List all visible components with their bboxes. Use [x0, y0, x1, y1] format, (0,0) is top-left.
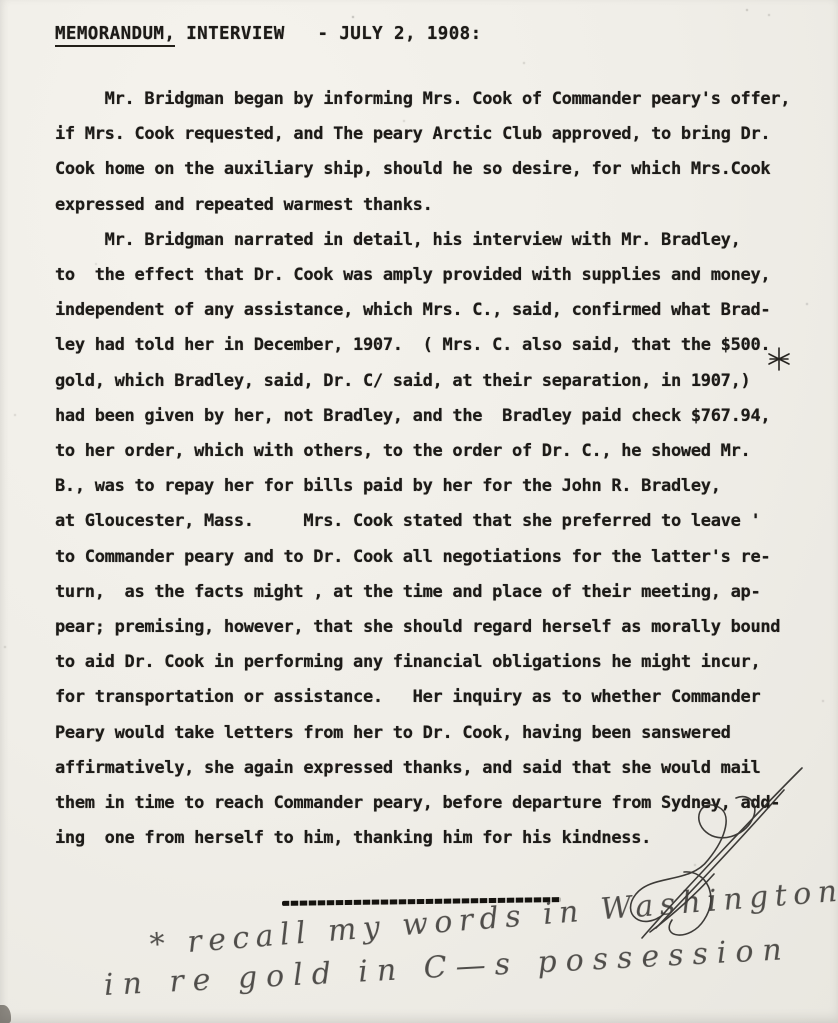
typed-line: expressed and repeated warmest thanks.: [55, 188, 828, 223]
typed-line: had been given by her, not Bradley, and …: [55, 399, 828, 434]
typed-line: Mr. Bridgman began by informing Mrs. Coo…: [55, 82, 828, 117]
typed-line: at Gloucester, Mass. Mrs. Cook stated th…: [55, 504, 828, 539]
memo-title-underlined: MEMORANDUM,: [55, 24, 175, 47]
typed-line: B., was to repay her for bills paid by h…: [55, 469, 828, 504]
typed-line: gold, which Bradley, said, Dr. C/ said, …: [55, 364, 828, 399]
memo-title-date: INTERVIEW - JULY 2, 1908:: [175, 24, 481, 44]
memo-title: MEMORANDUM, INTERVIEW - JULY 2, 1908:: [55, 24, 482, 44]
typed-line: for transportation or assistance. Her in…: [55, 680, 828, 715]
typed-body: Mr. Bridgman began by informing Mrs. Coo…: [55, 82, 828, 856]
typed-line: to Commander peary and to Dr. Cook all n…: [55, 540, 828, 575]
scanned-memo-page: MEMORANDUM, INTERVIEW - JULY 2, 1908: Mr…: [0, 0, 838, 1023]
typed-line: ley had told her in December, 1907. ( Mr…: [55, 328, 828, 363]
typed-line: Cook home on the auxiliary ship, should …: [55, 152, 828, 187]
typed-line: to aid Dr. Cook in performing any financ…: [55, 645, 828, 680]
typed-line: to the effect that Dr. Cook was amply pr…: [55, 258, 828, 293]
scan-noise-specks: [0, 0, 2, 2]
typed-line: Mr. Bridgman narrated in detail, his int…: [55, 223, 828, 258]
typed-line: to her order, which with others, to the …: [55, 434, 828, 469]
typed-line: turn, as the facts might , at the time a…: [55, 575, 828, 610]
typed-line: independent of any assistance, which Mrs…: [55, 293, 828, 328]
typed-line: Peary would take letters from her to Dr.…: [55, 716, 828, 751]
scan-edge-mark: [0, 1005, 11, 1023]
typed-line: pear; premising, however, that she shoul…: [55, 610, 828, 645]
typed-line: if Mrs. Cook requested, and The peary Ar…: [55, 117, 828, 152]
